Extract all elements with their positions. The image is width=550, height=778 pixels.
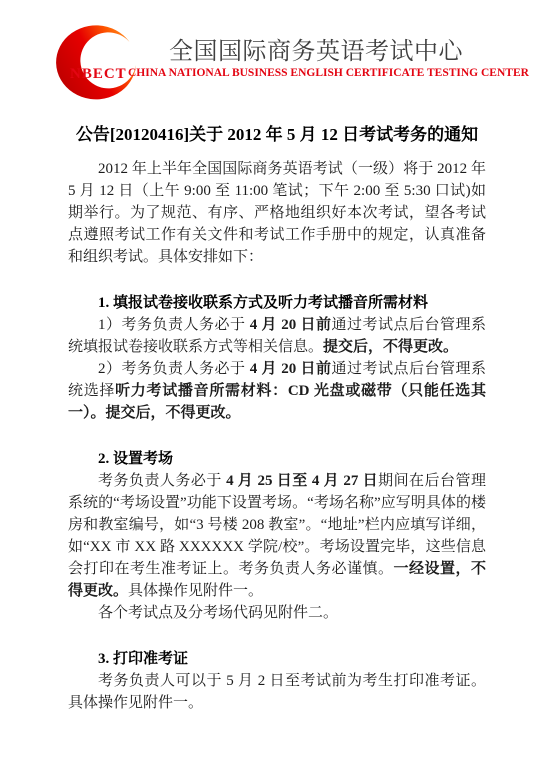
section-2-paragraph-1: 考务负责人务必于 4 月 25 日至 4 月 27 日期间在后台管理系统的“考场…	[68, 470, 486, 602]
section-2-heading: 2. 设置考场	[68, 448, 486, 470]
section-3-heading: 3. 打印准考证	[68, 648, 486, 670]
notice-body: 公告[20120416]关于 2012 年 5 月 12 日考试考务的通知 20…	[0, 124, 550, 714]
section-1-paragraph-1: 1）考务负责人务必于 4 月 20 日前通过考试点后台管理系统填报试卷接收联系方…	[68, 314, 486, 358]
org-title-chinese: 全国国际商务英语考试中心	[128, 39, 504, 65]
intro-paragraph: 2012 年上半年全国国际商务英语考试（一级）将于 2012 年 5 月 12 …	[68, 158, 486, 268]
section-1-paragraph-2: 2）考务负责人务必于 4 月 20 日前通过考试点后台管理系统选择听力考试播音所…	[68, 358, 486, 424]
section-3-paragraph-1: 考务负责人可以于 5 月 2 日至考试前为考生打印准考证。具体操作见附件一。	[68, 670, 486, 714]
header-titles: 全国国际商务英语考试中心 CHINA NATIONAL BUSINESS ENG…	[128, 0, 504, 80]
org-title-english: CHINA NATIONAL BUSINESS ENGLISH CERTIFIC…	[128, 67, 504, 80]
notice-title: 公告[20120416]关于 2012 年 5 月 12 日考试考务的通知	[68, 124, 486, 146]
section-1-heading: 1. 填报试卷接收联系方式及听力考试播音所需材料	[68, 292, 486, 314]
header: NBECT 全国国际商务英语考试中心 CHINA NATIONAL BUSINE…	[0, 0, 550, 108]
document-page: NBECT 全国国际商务英语考试中心 CHINA NATIONAL BUSINE…	[0, 0, 550, 778]
logo-text: NBECT	[70, 66, 127, 83]
section-2-paragraph-2: 各个考试点及分考场代码见附件二。	[68, 602, 486, 624]
